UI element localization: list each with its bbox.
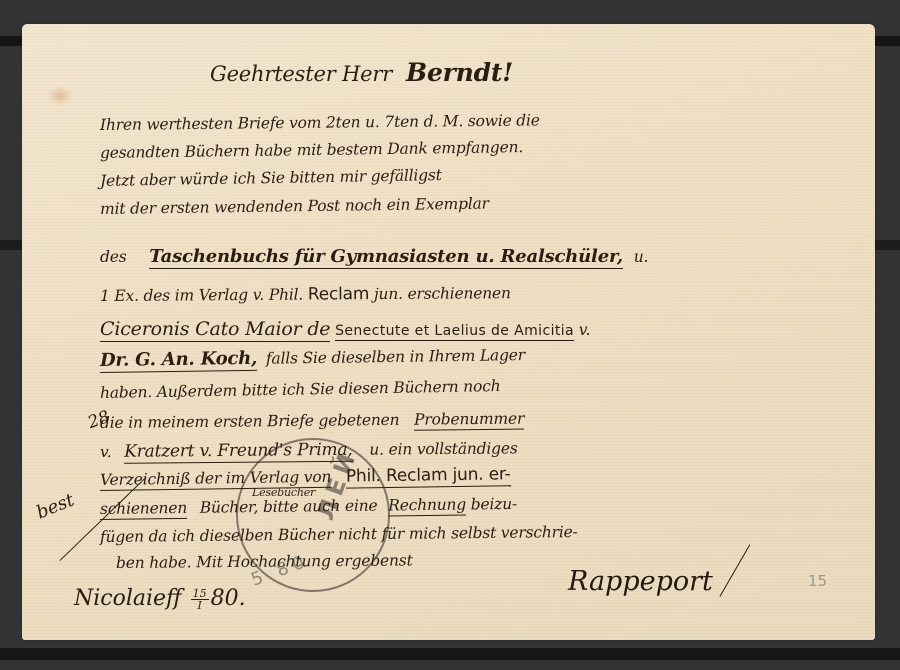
signature: Rappeport bbox=[568, 566, 713, 597]
text-vollstaendiges: u. ein vollständiges bbox=[369, 439, 517, 458]
letter-line-13: schienenen Bücher, bitte auch eine Rechn… bbox=[100, 495, 517, 518]
date-fraction: 15 I bbox=[191, 588, 209, 611]
letter-line-7: Ciceronis Cato Maior de Senectute et Lae… bbox=[100, 318, 840, 340]
text-erschienenen: jun. erschienenen bbox=[374, 284, 511, 303]
letter-line-6: 1 Ex. des im Verlag v. Phil. Reclam jun.… bbox=[100, 283, 511, 306]
letter-line-15: ben habe. Mit Hochachtung ergebenst bbox=[116, 551, 413, 572]
book-title-taschenbuch: Taschenbuchs für Gymnasiasten u. Realsch… bbox=[149, 246, 623, 269]
place-name: Nicolaieff bbox=[74, 586, 182, 611]
salutation: Geehrtester HerrBerndt! bbox=[210, 58, 513, 87]
text-verlag: 1 Ex. des im Verlag v. Phil. bbox=[100, 286, 303, 305]
recipient-name: Berndt! bbox=[406, 58, 513, 87]
text-gebetenen: die in meinem ersten Briefe gebetenen bbox=[100, 411, 400, 432]
publisher-reclam: Reclam bbox=[308, 284, 369, 304]
salutation-prefix: Geehrtester Herr bbox=[210, 62, 392, 86]
word-v: v. bbox=[100, 443, 112, 461]
publisher-reclam-2: Phil. Reclam jun. er- bbox=[346, 464, 511, 488]
word-beizu: beizu- bbox=[471, 495, 517, 514]
text-buecher: Bücher, bitte auch eine bbox=[200, 497, 378, 517]
text-falls: falls Sie dieselben in Ihrem Lager bbox=[266, 346, 525, 368]
word-rechnung: Rechnung bbox=[388, 496, 466, 517]
book-title-cicero: Ciceronis Cato Maior de bbox=[100, 318, 330, 342]
word-des: des bbox=[100, 248, 126, 266]
word-probenummer: Probenummer bbox=[414, 410, 524, 431]
pencil-note: 15 bbox=[808, 572, 827, 590]
author-koch: Dr. G. An. Koch, bbox=[100, 348, 258, 373]
word-von: v. bbox=[579, 321, 590, 339]
date-year: 80. bbox=[211, 586, 246, 611]
date-month: I bbox=[191, 600, 209, 611]
place-date: Nicolaieff 15 I 80. bbox=[74, 586, 246, 611]
journal-prima: Kratzert v. Freund's Prima, bbox=[124, 440, 353, 464]
date-day: 15 bbox=[191, 588, 209, 600]
letter-line-11: v. Kratzert v. Freund's Prima, u. ein vo… bbox=[100, 438, 518, 462]
word-und: u. bbox=[634, 248, 649, 266]
letter-line-5: des Taschenbuchs für Gymnasiasten u. Rea… bbox=[100, 246, 648, 267]
letter-line-10: die in meinem ersten Briefe gebetenen Pr… bbox=[100, 410, 524, 432]
book-subtitle: Senectute et Laelius de Amicitia bbox=[335, 323, 574, 341]
